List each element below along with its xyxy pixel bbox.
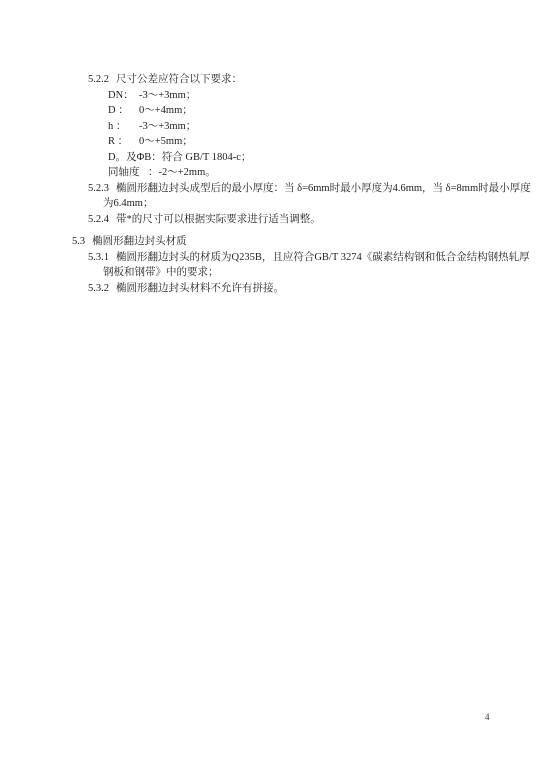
- document-page: 5.2.2尺寸公差应符合以下要求： DN：-3～+3mm； D ：0～+4mm；…: [0, 0, 539, 760]
- section-5-3-heading: 5.3椭圆形翻边封头材质: [72, 234, 522, 250]
- clause-number: 5.2.3: [88, 183, 109, 194]
- tolerance-row-db: D。及ΦB：符合 GB/T 1804-c；: [72, 150, 522, 166]
- clause-5-3-1: 5.3.1椭圆形翻边封头的材质为Q235B，且应符合GB/T 3274《碳素结构…: [72, 250, 522, 266]
- clause-text: 钢板和钢带》中的要求；: [103, 267, 219, 278]
- tolerance-value: ：-2～+2mm。: [148, 167, 216, 178]
- tolerance-text: D。及ΦB：符合 GB/T 1804-c；: [108, 152, 251, 163]
- clause-number: 5.3.1: [88, 252, 109, 263]
- tolerance-row-r: R ：0～+5mm；: [72, 134, 522, 150]
- tolerance-label: R ：: [108, 134, 139, 150]
- clause-text: 椭圆形翻边封头成型后的最小厚度：当 δ=6mm时最小厚度为4.6mm，当 δ=8…: [116, 183, 531, 194]
- clause-text: 为6.4mm；: [103, 198, 153, 209]
- section-number: 5.3: [72, 236, 85, 247]
- clause-text: 带*的尺寸可以根据实际要求进行适当调整。: [116, 214, 321, 225]
- clause-text: 尺寸公差应符合以下要求：: [116, 74, 242, 85]
- clause-text: 椭圆形翻边封头的材质为Q235B，且应符合GB/T 3274《碳素结构钢和低合金…: [116, 252, 530, 263]
- tolerance-value: -3～+3mm；: [139, 90, 196, 101]
- tolerance-row-d: D ：0～+4mm；: [72, 103, 522, 119]
- clause-5-2-2: 5.2.2尺寸公差应符合以下要求：: [72, 72, 522, 88]
- tolerance-row-dn: DN：-3～+3mm；: [72, 88, 522, 104]
- tolerance-value: 0～+4mm；: [139, 105, 193, 116]
- tolerance-label: DN：: [108, 88, 139, 104]
- clause-5-2-4: 5.2.4带*的尺寸可以根据实际要求进行适当调整。: [72, 212, 522, 228]
- tolerance-row-coaxiality: 同轴度：-2～+2mm。: [72, 165, 522, 181]
- page-number: 4: [485, 711, 490, 723]
- tolerance-value: 0～+5mm；: [139, 136, 193, 147]
- tolerance-label: 同轴度: [108, 165, 148, 181]
- clause-5-2-3-continuation: 为6.4mm；: [72, 196, 522, 212]
- section-title: 椭圆形翻边封头材质: [92, 236, 187, 247]
- tolerance-label: D ：: [108, 103, 139, 119]
- clause-5-3-1-continuation: 钢板和钢带》中的要求；: [72, 265, 522, 281]
- clause-number: 5.3.2: [88, 283, 109, 294]
- tolerance-value: -3～+3mm；: [139, 121, 196, 132]
- clause-text: 椭圆形翻边封头材料不允许有拼接。: [116, 283, 284, 294]
- tolerance-row-h: h ：-3～+3mm；: [72, 119, 522, 135]
- clause-number: 5.2.2: [88, 74, 109, 85]
- document-content: 5.2.2尺寸公差应符合以下要求： DN：-3～+3mm； D ：0～+4mm；…: [72, 72, 522, 296]
- tolerance-label: h ：: [108, 119, 139, 135]
- clause-number: 5.2.4: [88, 214, 109, 225]
- clause-5-3-2: 5.3.2椭圆形翻边封头材料不允许有拼接。: [72, 281, 522, 297]
- clause-5-2-3: 5.2.3椭圆形翻边封头成型后的最小厚度：当 δ=6mm时最小厚度为4.6mm，…: [72, 181, 522, 197]
